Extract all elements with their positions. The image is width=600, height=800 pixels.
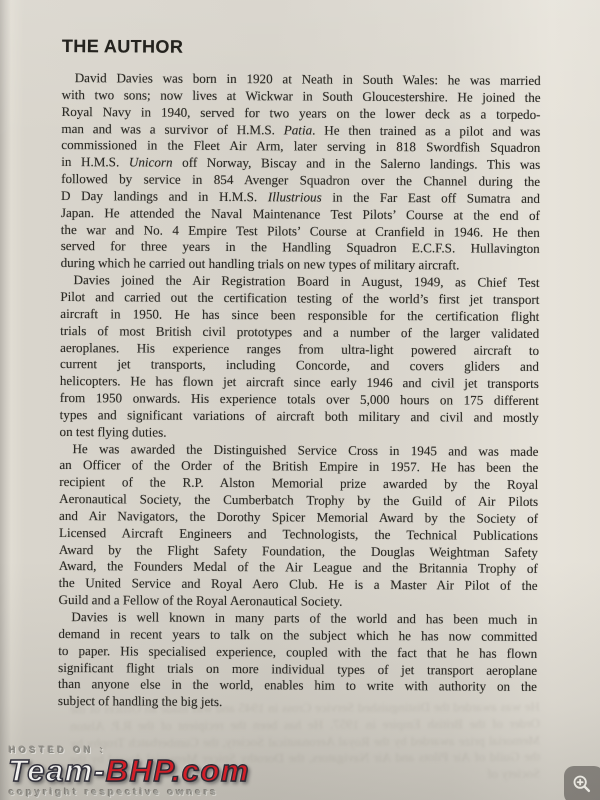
page-title: THE AUTHOR xyxy=(62,36,541,60)
book-page-photo: He was awarded the Distinguished Service… xyxy=(0,0,600,800)
team-bhp-logo: Team-BHP.com xyxy=(8,756,250,786)
paragraph: Davies joined the Air Registration Board… xyxy=(60,272,540,443)
paragraph: He was awarded the Distinguished Service… xyxy=(58,441,538,612)
body-text: David Davies was born in 1920 at Neath i… xyxy=(58,70,541,713)
hosted-on-label: HOSTED ON : xyxy=(9,745,250,755)
copyright-label: copyright respective owners xyxy=(9,787,250,798)
text-line: subject of handling the big jets. xyxy=(58,693,537,713)
logo-bhp-text: BHP.com xyxy=(106,753,250,788)
paragraph: David Davies was born in 1920 at Neath i… xyxy=(61,70,541,275)
magnifier-plus-icon xyxy=(571,773,593,795)
watermark-block: HOSTED ON : Team-BHP.com copyright respe… xyxy=(8,745,250,798)
paragraph: Davies is well known in many parts of th… xyxy=(58,609,538,713)
zoom-in-button[interactable] xyxy=(564,766,600,800)
page-content: THE AUTHOR David Davies was born in 1920… xyxy=(58,36,541,713)
logo-team-text: Team- xyxy=(8,753,106,788)
